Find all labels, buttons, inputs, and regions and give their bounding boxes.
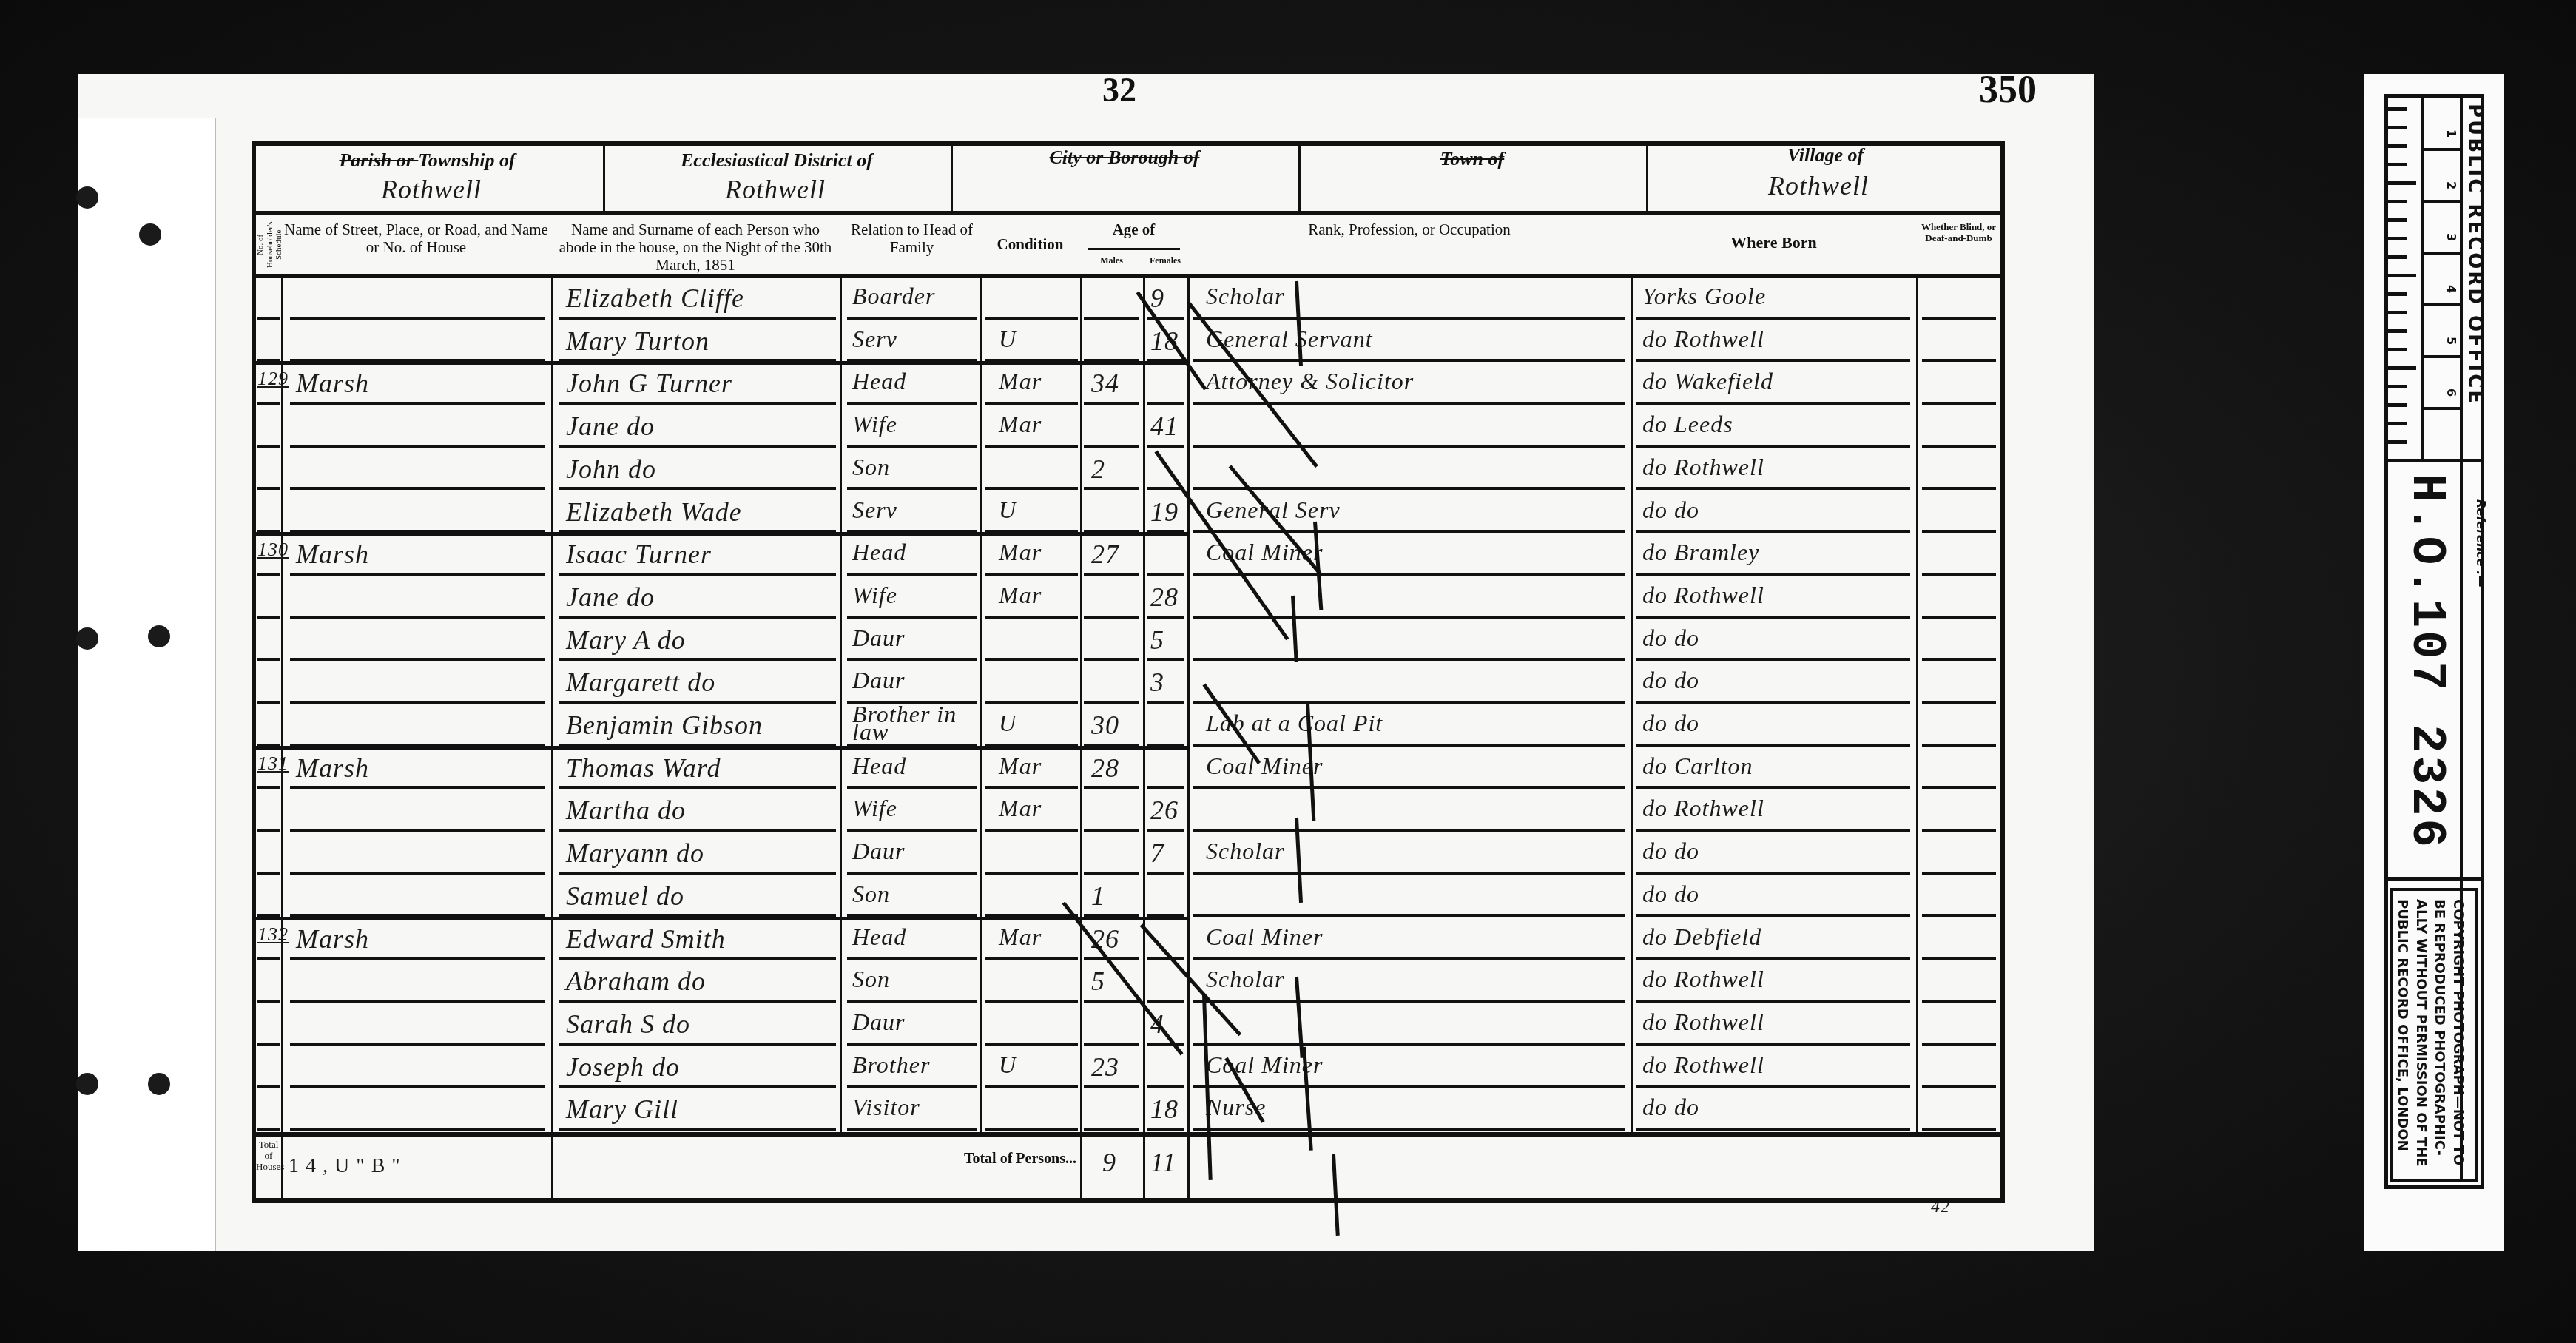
cell-born: do Rothwell [1642,582,1764,609]
folio-number: 32 [1102,70,1136,110]
cell-relation: Brother [852,1051,930,1079]
cell-relation: Son [852,454,890,481]
scale-number: 6 [2444,388,2458,397]
cell-name: John do [566,454,656,485]
cell-condition: Mar [999,753,1042,780]
office-name: PUBLIC RECORD OFFICE [2464,104,2486,405]
city-label: City or Borough of [951,147,1298,169]
cell-born: do do [1642,667,1699,694]
ruler-tick [2388,292,2407,296]
cell-female-age: 9 [1150,283,1164,314]
cell-born: do do [1642,838,1699,865]
copyright-notice: COPYRIGHT PHOTOGRAPH—NOT TO BE REPRODUCE… [2393,899,2467,1167]
table-row: Mary TurtonServU18General Servantdo Roth… [252,321,2005,364]
cell-name: Elizabeth Cliffe [566,283,744,314]
cell-born: do Wakefield [1642,368,1773,395]
ruler-tick [2388,403,2407,407]
ruler-tick [2388,126,2407,129]
table-row: Elizabeth CliffeBoarder9ScholarYorks Goo… [252,278,2005,321]
cell-born: do Rothwell [1642,454,1764,481]
cell-name: Benjamin Gibson [566,710,763,741]
ruler-tick [2388,200,2407,203]
cell-condition: Mar [999,411,1042,438]
cell-occupation: Scholar [1206,966,1285,993]
cell-occupation: General Servant [1206,326,1373,353]
ruler-tick [2388,107,2407,111]
ruler-tick [2388,385,2407,388]
cell-relation: Daur [852,1009,906,1036]
cell-relation: Brother in law [852,705,963,741]
punch-hole [148,1073,170,1095]
cell-name: Abraham do [566,966,706,997]
cell-male-age: 26 [1091,923,1119,955]
col-blind: Whether Blind, or Deaf-and-Dumb [1916,222,2001,244]
cell-relation: Daur [852,667,906,694]
reference-label: Reference :— [2474,499,2488,588]
table-row: Benjamin GibsonBrother in lawU30Lab at a… [252,705,2005,748]
page-number: 350 [1979,68,2037,112]
cell-condition: Mar [999,582,1042,609]
cell-female-age: 19 [1150,497,1179,528]
scale-number: 3 [2444,233,2458,241]
cell-occupation: Attorney & Solicitor [1206,368,1414,395]
col-females: Females [1143,256,1187,266]
cell-male-age: 2 [1091,454,1105,485]
ruler-tick [2388,366,2416,370]
cell-schedule: 132 [257,923,289,946]
table-row: Mary A doDaur5do do [252,620,2005,663]
cell-name: Elizabeth Wade [566,497,742,528]
cell-condition: U [999,710,1016,737]
cell-relation: Son [852,966,890,993]
ruler-tick [2388,422,2407,425]
parish-label: Parish or Township of [252,149,603,172]
column-divider [551,1132,553,1199]
table-row: 129MarshJohn G TurnerHeadMar34Attorney &… [252,363,2005,406]
cell-relation: Boarder [852,283,935,310]
scale-number: 1 [2444,129,2458,138]
cell-name: Jane do [566,411,655,442]
cell-relation: Daur [852,838,906,865]
table-row: John doSon2do Rothwell [252,449,2005,492]
census-table: Parish or Township of Rothwell Ecclesias… [252,141,2005,1202]
cell-relation: Serv [852,497,897,524]
cell-born: do do [1642,625,1699,652]
cell-name: Mary A do [566,625,686,656]
scale-number: 4 [2444,285,2458,293]
cell-condition: Mar [999,795,1042,822]
cell-street: Marsh [296,368,369,399]
ruler-tick [2388,329,2407,333]
table-row: Martha doWifeMar26do Rothwell [252,790,2005,833]
margin-fold-line [215,118,216,1251]
col-born: Where Born [1631,233,1916,252]
cell-condition: Mar [999,539,1042,566]
cell-female-age: 26 [1150,795,1179,826]
table-row: Samuel doSon1do do [252,876,2005,919]
cell-schedule: 130 [257,539,289,561]
cell-relation: Wife [852,795,897,822]
table-row: Mary GillVisitor18Nursedo do [252,1089,2005,1132]
column-divider [1080,1132,1082,1199]
punch-hole [139,223,161,246]
punch-hole [148,625,170,647]
cell-male-age: 28 [1091,753,1119,784]
cell-female-age: 18 [1150,1094,1179,1125]
table-row: Joseph doBrotherU23Coal Minerdo Rothwell [252,1047,2005,1090]
cell-condition: U [999,326,1016,353]
cell-name: Samuel do [566,881,684,912]
cell-occupation: Coal Miner [1206,753,1323,780]
table-row: Sarah S doDaur4do Rothwell [252,1004,2005,1047]
table-row: Elizabeth WadeServU19General Servdo do [252,492,2005,535]
total-houses-value: 1 4 , U " B " [289,1154,401,1178]
cell-name: Thomas Ward [566,753,721,784]
table-row: Jane doWifeMar28do Rothwell [252,577,2005,620]
ruler-tick [2388,218,2407,222]
cell-schedule: 129 [257,368,289,390]
cell-occupation: Coal Miner [1206,923,1323,951]
col-age: Age of [1080,221,1187,238]
col-name: Name and Surname of each Person who abod… [551,221,840,274]
parish-value: Rothwell [381,174,482,205]
town-label: Town of [1298,148,1646,170]
punch-hole [76,627,98,650]
table-row: 131MarshThomas WardHeadMar28Coal Minerdo… [252,748,2005,791]
cell-name: Edward Smith [566,923,726,955]
ruler-tick [2388,348,2407,351]
punch-hole [76,1073,98,1095]
ruler-tick [2388,274,2416,277]
cell-name: Martha do [566,795,686,826]
cell-born: do Rothwell [1642,966,1764,993]
ruler-tick [2388,163,2407,166]
cell-relation: Daur [852,625,906,652]
cell-occupation: Scholar [1206,283,1285,310]
ecclesiastical-label: Ecclesiastical District of [603,149,951,172]
total-houses-label: Total of Houses [256,1140,281,1173]
cell-male-age: 27 [1091,539,1119,570]
cell-name: Mary Gill [566,1094,678,1125]
cell-relation: Visitor [852,1094,920,1121]
cell-relation: Serv [852,326,897,353]
cell-relation: Wife [852,582,897,609]
cell-name: Isaac Turner [566,539,712,570]
cell-occupation: Scholar [1206,838,1285,865]
cell-born: Yorks Goole [1642,283,1766,310]
cell-born: do Leeds [1642,411,1733,438]
cell-female-age: 28 [1150,582,1179,613]
ruler-tick [2388,144,2407,148]
cell-born: do do [1642,1094,1699,1121]
cell-name: Sarah S do [566,1009,690,1040]
cell-name: Mary Turton [566,326,709,357]
cell-street: Marsh [296,753,369,784]
cell-born: do do [1642,497,1699,524]
column-divider [1143,1132,1145,1199]
cell-occupation: Coal Miner [1206,539,1323,566]
table-row: Maryann doDaur7Scholardo do [252,833,2005,876]
cell-relation: Head [852,753,906,780]
cell-name: Joseph do [566,1051,680,1083]
cell-condition: Mar [999,368,1042,395]
cell-female-age: 3 [1150,667,1164,698]
ruler-tick [2388,181,2416,185]
col-condition: Condition [980,235,1080,253]
cell-relation: Head [852,539,906,566]
column-divider [1187,1132,1190,1199]
cell-schedule: 131 [257,753,289,775]
cell-relation: Wife [852,411,897,438]
col-males: Males [1080,256,1143,266]
cell-relation: Head [852,923,906,951]
cell-born: do Rothwell [1642,326,1764,353]
cell-condition: Mar [999,923,1042,951]
cell-condition: U [999,1051,1016,1079]
cell-born: do Carlton [1642,753,1753,780]
cell-condition: U [999,497,1016,524]
col-schedule: No. of Householder's Schedule [256,222,281,268]
cell-relation: Son [852,881,890,908]
cell-street: Marsh [296,539,369,570]
cell-born: do Bramley [1642,539,1759,566]
cell-male-age: 5 [1091,966,1105,997]
cell-female-age: 5 [1150,625,1164,656]
scale-number: 2 [2444,181,2458,189]
cell-born: do Rothwell [1642,795,1764,822]
total-females: 11 [1150,1147,1176,1178]
scale-number: 5 [2444,337,2458,345]
cell-name: John G Turner [566,368,732,399]
cell-name: Margarett do [566,667,715,698]
cell-male-age: 1 [1091,881,1105,912]
ecclesiastical-value: Rothwell [725,174,826,205]
ruler-tick [2388,255,2407,259]
record-office-card: 123456 PUBLIC RECORD OFFICE Reference :—… [2364,74,2504,1251]
ruler-tick [2388,440,2407,444]
table-row: 132MarshEdward SmithHeadMar26Coal Minerd… [252,919,2005,962]
cell-male-age: 30 [1091,710,1119,741]
reference-value: H.O.107 2326 [2399,474,2452,850]
cell-name: Maryann do [566,838,704,869]
cell-female-age: 41 [1150,411,1179,442]
col-occupation: Rank, Profession, or Occupation [1187,221,1631,238]
total-males: 9 [1102,1147,1116,1178]
cell-born: do do [1642,710,1699,737]
table-row: 130MarshIsaac TurnerHeadMar27Coal Minerd… [252,534,2005,577]
cell-street: Marsh [296,923,369,955]
cell-born: do Rothwell [1642,1051,1764,1079]
cell-male-age: 23 [1091,1051,1119,1083]
cell-born: do Debfield [1642,923,1761,951]
village-value: Rothwell [1768,170,1869,201]
col-relation: Relation to Head of Family [843,221,980,256]
cell-name: Jane do [566,582,655,613]
cell-born: do do [1642,881,1699,908]
table-row: Jane doWifeMar41do Leeds [252,406,2005,449]
cell-relation: Head [852,368,906,395]
cell-born: do Rothwell [1642,1009,1764,1036]
ruler-tick [2388,237,2407,240]
binding-margin [78,118,215,1251]
col-street: Name of Street, Place, or Road, and Name… [281,221,551,256]
cell-male-age: 34 [1091,368,1119,399]
village-label: Village of [1646,144,2005,166]
table-row: Margarett doDaur3do do [252,662,2005,705]
ruler-tick [2388,311,2407,314]
total-persons-label: Total of Persons... [843,1151,1076,1168]
punch-hole [76,186,98,209]
cell-female-age: 7 [1150,838,1164,869]
